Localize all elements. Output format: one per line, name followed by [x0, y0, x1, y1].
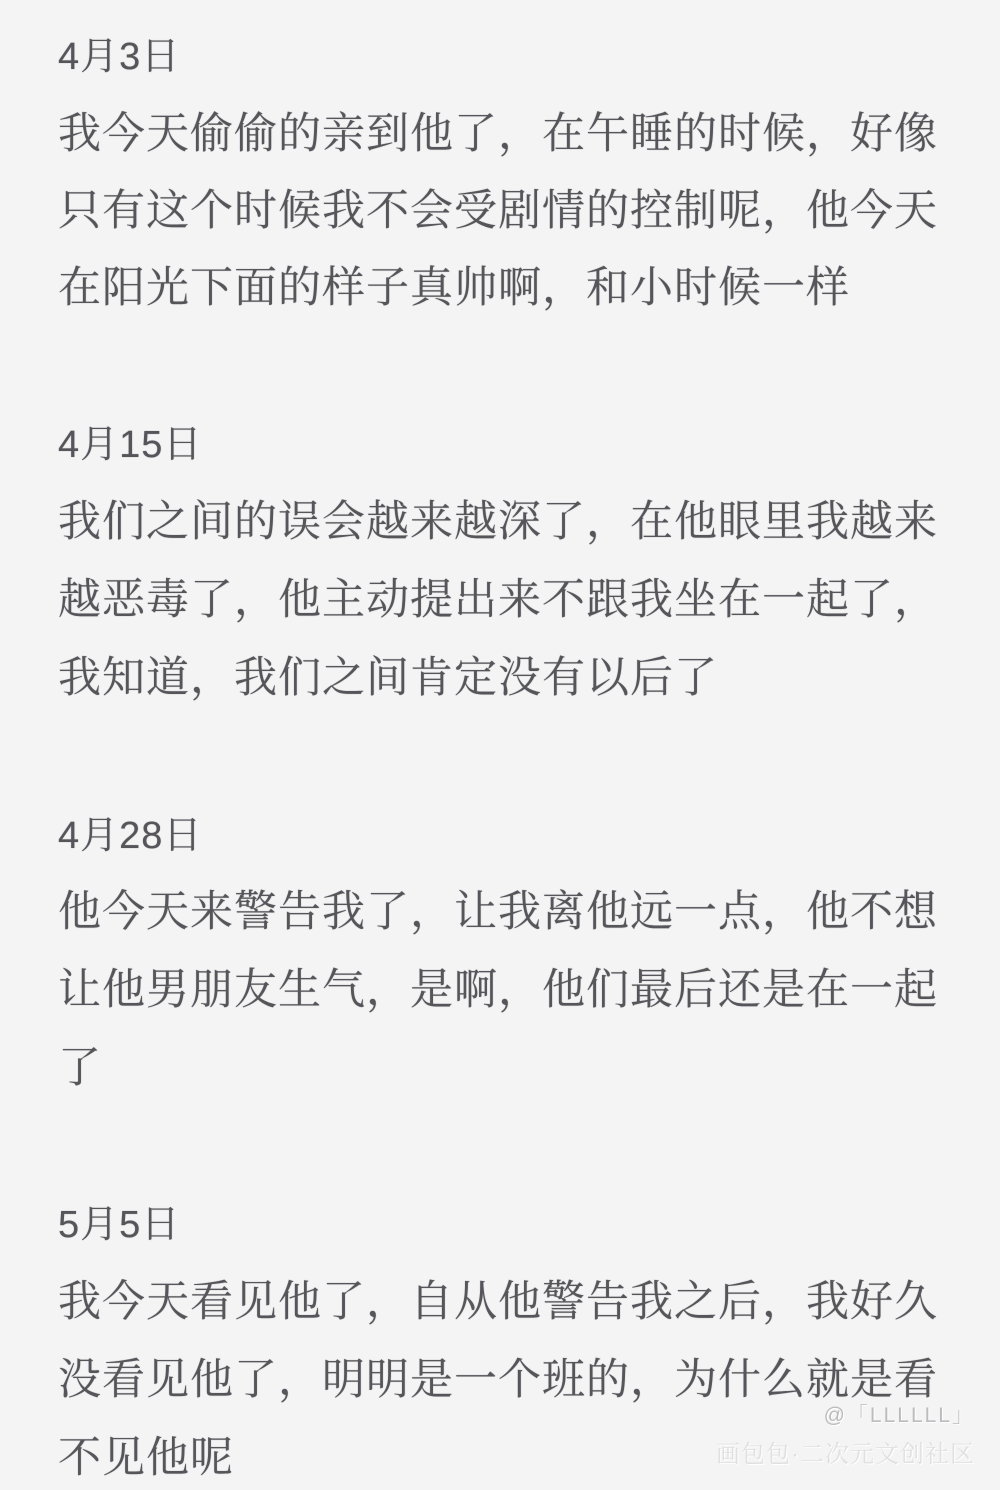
entry-date: 4月15日: [58, 426, 202, 464]
diary-line: 我今天偷偷的亲到他了，在午睡的时候，好像: [58, 113, 938, 156]
diary-line: 让他男朋友生气，是啊，他们最后还是在一起: [58, 969, 938, 1012]
watermark-community-name: 画包包·二次元文创社区: [716, 1443, 975, 1467]
diary-line: 没看见他了，明明是一个班的，为什么就是看: [58, 1359, 938, 1402]
diary-line: 越恶毒了，他主动提出来不跟我坐在一起了，: [58, 579, 938, 622]
diary-line: 我今天看见他了，自从他警告我之后，我好久: [58, 1281, 938, 1324]
diary-line: 不见他呢: [58, 1437, 234, 1480]
entry-date: 5月5日: [58, 1206, 180, 1244]
diary-page: 4月3日 我今天偷偷的亲到他了，在午睡的时候，好像 只有这个时候我不会受剧情的控…: [0, 0, 1000, 1490]
entry-date: 4月28日: [58, 817, 202, 855]
diary-line: 他今天来警告我了，让我离他远一点，他不想: [58, 891, 938, 934]
diary-line: 只有这个时候我不会受剧情的控制呢，他今天: [58, 190, 938, 233]
entry-date: 4月3日: [58, 38, 180, 76]
diary-line: 在阳光下面的样子真帅啊，和小时候一样: [58, 267, 850, 310]
diary-line: 了: [58, 1047, 102, 1090]
watermark-author-handle: @「LLLLLL」: [824, 1405, 975, 1426]
diary-line: 我们之间的误会越来越深了，在他眼里我越来: [58, 501, 938, 544]
diary-line: 我知道，我们之间肯定没有以后了: [58, 657, 718, 700]
